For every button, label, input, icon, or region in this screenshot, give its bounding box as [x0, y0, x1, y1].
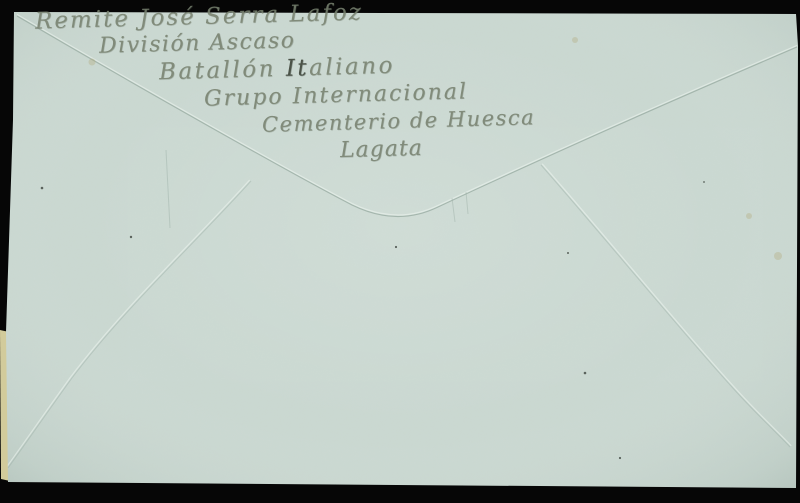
scan-background: Remite José Serra Lafoz División Ascaso …	[0, 0, 800, 503]
paper-speck	[41, 187, 44, 190]
paper-stain	[572, 37, 578, 43]
paper-stain	[746, 213, 752, 219]
paper-stain	[89, 59, 96, 66]
paper-speck	[703, 181, 705, 183]
paper-speck	[395, 246, 397, 248]
paper-speck	[130, 236, 132, 238]
paper-stain	[774, 252, 782, 260]
paper-speck	[567, 252, 569, 254]
paper-speck	[619, 457, 621, 459]
paper-speck	[584, 372, 587, 375]
envelope-image	[0, 0, 800, 503]
